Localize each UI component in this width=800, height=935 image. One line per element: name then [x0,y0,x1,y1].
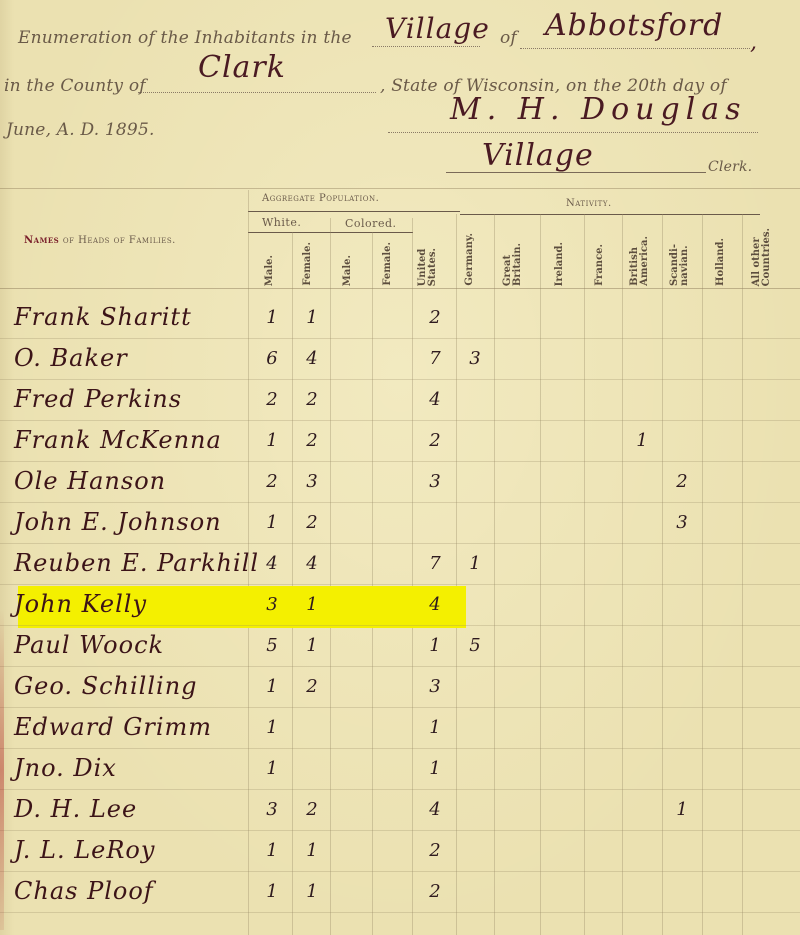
table-row: Frank Sharitt112 [0,297,800,337]
count-united-states: 2 [423,840,447,861]
count-white-male: 2 [260,471,284,492]
col-holland: Holland. [716,238,730,286]
count-white-female: 2 [300,512,324,533]
page-edge-stain [0,610,4,930]
count-white-male: 6 [260,348,284,369]
table-row: Reuben E. Parkhill4471 [0,543,800,583]
table-row: D. H. Lee3241 [0,789,800,829]
municipality-type: Village [385,12,490,45]
aggregate-population-header: Aggregate Population. [262,193,379,204]
count-white-female: 1 [300,840,324,861]
table-row: Fred Perkins224 [0,379,800,419]
count-united-states: 2 [423,307,447,328]
count-white-female: 1 [300,635,324,656]
head-of-family-name: John Kelly [14,590,147,618]
aggregate-underline [248,211,460,212]
table-row: Ole Hanson2332 [0,461,800,501]
enumerator-name: M. H. Douglas [450,92,747,127]
col-colored-male: Male. [343,255,357,286]
col-colored-female: Female. [383,242,397,286]
head-of-family-name: John E. Johnson [14,508,222,536]
count-white-male: 1 [260,676,284,697]
col-france: France. [595,244,609,286]
count-germany: 3 [463,348,487,369]
col-united-states: United States. [418,248,442,286]
count-white-male: 1 [260,717,284,738]
count-white-male: 2 [260,389,284,410]
municipality-name-line [520,48,750,49]
table-row: Frank McKenna1221 [0,420,800,460]
count-white-male: 1 [260,840,284,861]
table-top-rule [0,188,800,189]
count-white-male: 3 [260,799,284,820]
head-of-family-name: Ole Hanson [14,467,166,495]
header-bottom-rule [0,288,800,289]
head-of-family-name: Geo. Schilling [14,672,198,700]
count-white-male: 5 [260,635,284,656]
count-scandinavian: 3 [670,512,694,533]
nativity-underline [460,214,760,215]
form-of-label: of [500,28,517,48]
count-white-female: 3 [300,471,324,492]
col-white-male: Male. [265,255,279,286]
count-united-states: 3 [423,471,447,492]
head-of-family-name: Frank Sharitt [14,303,192,331]
count-germany: 5 [463,635,487,656]
county-label: in the County of [4,76,146,96]
count-white-female: 2 [300,430,324,451]
count-scandinavian: 1 [670,799,694,820]
head-of-family-name: Jno. Dix [14,754,117,782]
municipality-name: Abbotsford [545,8,723,43]
head-of-family-name: Paul Woock [14,631,164,659]
col-all-other-countries: All other Countries. [752,228,776,286]
grid-line [0,912,800,913]
col-white-female: Female. [303,242,317,286]
count-white-female: 1 [300,881,324,902]
census-page: Enumeration of the Inhabitants in the Vi… [0,0,800,935]
municipality-type-line [372,46,480,47]
nativity-header: Nativity. [566,198,612,209]
county-line [138,92,376,93]
col-germany: Germany. [465,233,479,286]
head-of-family-name: Frank McKenna [14,426,222,454]
count-scandinavian: 2 [670,471,694,492]
clerk-label: Clerk. [708,159,752,175]
clerk-title-handwritten: Village [482,138,594,173]
table-row: O. Baker6473 [0,338,800,378]
count-united-states: 3 [423,676,447,697]
head-of-family-name: O. Baker [14,344,128,372]
table-row: Chas Ploof112 [0,871,800,911]
enumerator-line [388,132,758,133]
count-white-male: 1 [260,881,284,902]
count-united-states: 1 [423,758,447,779]
count-united-states: 2 [423,881,447,902]
table-row: Geo. Schilling123 [0,666,800,706]
census-date: June, A. D. 1895. [6,120,155,140]
count-white-female: 2 [300,799,324,820]
count-white-male: 1 [260,307,284,328]
column-headers: Male. Female. Male. Female. United State… [0,222,800,286]
head-of-family-name: D. H. Lee [14,795,137,823]
count-united-states: 1 [423,717,447,738]
form-comma: , [750,30,757,55]
county-name: Clark [198,50,286,85]
count-united-states: 7 [423,553,447,574]
table-row: Jno. Dix11 [0,748,800,788]
head-of-family-name: Fred Perkins [14,385,182,413]
count-united-states: 4 [423,799,447,820]
count-white-male: 1 [260,430,284,451]
count-british-america: 1 [630,430,654,451]
count-white-female: 2 [300,389,324,410]
head-of-family-name: Chas Ploof [14,877,154,905]
count-white-female: 1 [300,307,324,328]
count-united-states: 2 [423,430,447,451]
count-white-female: 1 [300,594,324,615]
count-white-female: 4 [300,553,324,574]
table-row: John E. Johnson123 [0,502,800,542]
head-of-family-name: J. L. LeRoy [14,836,155,864]
count-white-male: 1 [260,758,284,779]
count-united-states: 4 [423,594,447,615]
head-of-family-name: Reuben E. Parkhill [14,549,259,577]
col-ireland: Ireland. [555,242,569,286]
count-united-states: 7 [423,348,447,369]
col-british-america: British America. [630,236,654,286]
count-white-male: 1 [260,512,284,533]
count-white-female: 2 [300,676,324,697]
count-white-male: 3 [260,594,284,615]
count-united-states: 1 [423,635,447,656]
form-title-prefix: Enumeration of the Inhabitants in the [18,28,352,48]
head-of-family-name: Edward Grimm [14,713,212,741]
count-united-states: 4 [423,389,447,410]
count-germany: 1 [463,553,487,574]
count-white-female: 4 [300,348,324,369]
table-row: J. L. LeRoy112 [0,830,800,870]
count-white-male: 4 [260,553,284,574]
col-scandinavian: Scandi- navian. [670,244,694,286]
table-row: Paul Woock5115 [0,625,800,665]
table-row: Edward Grimm11 [0,707,800,747]
table-row-highlighted: John Kelly314 [0,584,800,624]
col-great-britain: Great Britain. [503,243,527,286]
